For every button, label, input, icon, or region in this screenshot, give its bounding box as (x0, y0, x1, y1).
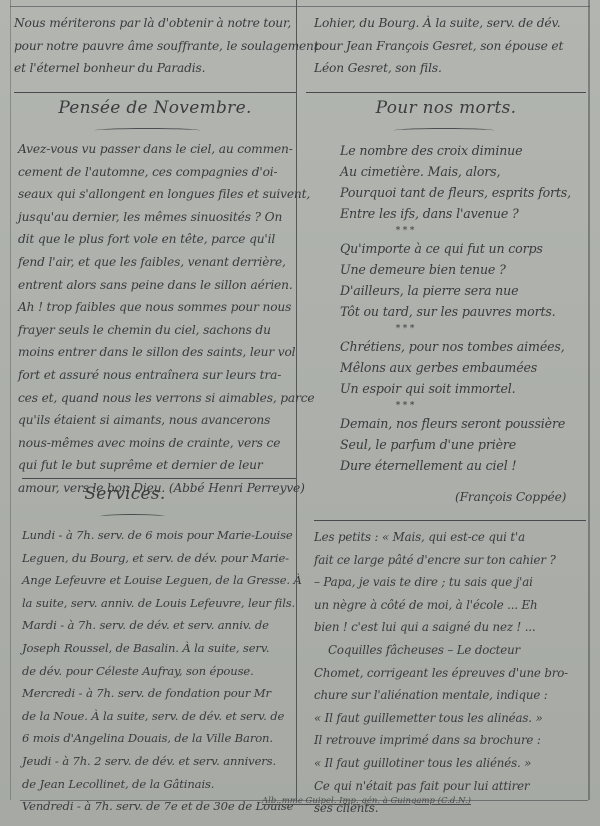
title-ornament (100, 514, 165, 519)
text-line: cement de l'automne, ces compagnies d'oi… (18, 161, 314, 184)
left-border (10, 0, 11, 800)
section-rule (306, 92, 586, 93)
service-line: de dév. pour Céleste Aufray, son épouse. (22, 660, 302, 683)
poem-line: Au cimetière. Mais, alors, (340, 161, 571, 182)
scanned-bulletin-page: Nous mériterons par là d'obtenir à notre… (0, 0, 600, 826)
service-line: Leguen, du Bourg, et serv. de dév. pour … (22, 547, 302, 570)
stanza-separator: * * * (340, 322, 470, 336)
text-line: Ah ! trop faibles que nous sommes pour n… (18, 296, 314, 319)
poem-line: Demain, nos fleurs seront poussière (340, 413, 571, 434)
poem-line: Chrétiens, pour nos tombes aimées, (340, 336, 571, 357)
text-line: fend l'air, et que les faibles, venant d… (18, 251, 314, 274)
services-list: Lundi - à 7h. serv. de 6 mois pour Marie… (22, 524, 302, 818)
service-line: la suite, serv. anniv. de Louis Lefeuvre… (22, 592, 302, 615)
service-line: Mercredi - à 7h. serv. de fondation pour… (22, 682, 302, 705)
pensee-text: Avez-vous vu passer dans le ciel, au com… (18, 138, 314, 500)
section-rule (314, 520, 586, 521)
stanza-separator: * * * (340, 224, 470, 238)
text-line: Léon Gesret, son fils. (314, 57, 563, 80)
top-right-continuation: Lohier, du Bourg. À la suite, serv. de d… (314, 12, 563, 80)
stanza-separator: * * * (340, 399, 470, 413)
service-line: Ange Lefeuvre et Louise Leguen, de la Gr… (22, 569, 302, 592)
text-line: Avez-vous vu passer dans le ciel, au com… (18, 138, 314, 161)
text-line: ces et, quand nous les verrons si aimabl… (18, 387, 314, 410)
anecdote-line: « Il faut guillotiner tous les aliénés. … (314, 752, 568, 775)
service-line: 6 mois d'Angelina Douais, de la Ville Ba… (22, 727, 302, 750)
service-line: de Jean Lecollinet, de la Gâtinais. (22, 773, 302, 796)
anecdote-line: Ce qui n'était pas fait pour lui attirer (314, 775, 568, 798)
poem-line: Un espoir qui soit immortel. (340, 378, 571, 399)
text-line: moins entrer dans le sillon des saints, … (18, 341, 314, 364)
pensee-title: Pensée de Novembre. (20, 98, 290, 118)
text-line: frayer seuls le chemin du ciel, sachons … (18, 319, 314, 342)
anecdote-line: – Papa, je vais te dire ; tu sais que j'… (314, 571, 556, 594)
service-line: Vendredi - à 7h. serv. de 7e et de 30e d… (22, 795, 302, 818)
title-ornament (394, 128, 494, 133)
section-rule (14, 92, 296, 93)
poem-line: Une demeure bien tenue ? (340, 259, 571, 280)
anecdote-line: « Il faut guillemetter tous les alinéas.… (314, 707, 568, 730)
poem-title: Pour nos morts. (306, 98, 586, 118)
printer-imprint: Alb. mme Guipel. Imp. gén. à Guingamp (C… (262, 796, 471, 806)
poem-line: Mêlons aux gerbes embaumées (340, 357, 571, 378)
anecdote-line: un nègre à côté de moi, à l'école ... Eh (314, 594, 556, 617)
text-line: dit que le plus fort vole en tête, parce… (18, 228, 314, 251)
poem-line: Entre les ifs, dans l'avenue ? (340, 203, 571, 224)
services-title: Services. (20, 484, 230, 504)
poem-line: Seul, le parfum d'une prière (340, 434, 571, 455)
service-line: Jeudi - à 7h. 2 serv. de dév. et serv. a… (22, 750, 302, 773)
anecdote-les-petits: Les petits : « Mais, qui est-ce qui t'a … (314, 526, 556, 639)
text-line: entrent alors sans peine dans le sillon … (18, 274, 314, 297)
service-line: de la Noue. À la suite, serv. de dév. et… (22, 705, 302, 728)
text-line: qui fut le but suprême et dernier de leu… (18, 454, 314, 477)
poem-line: D'ailleurs, la pierre sera nue (340, 280, 571, 301)
poem-line: Pourquoi tant de fleurs, esprits forts, (340, 182, 571, 203)
text-line: qu'ils étaient si aimants, nous avancero… (18, 409, 314, 432)
poem-line: Le nombre des croix diminue (340, 140, 571, 161)
service-line: Lundi - à 7h. serv. de 6 mois pour Marie… (22, 524, 302, 547)
anecdote-line: Les petits : « Mais, qui est-ce qui t'a (314, 526, 556, 549)
right-border (588, 0, 590, 800)
poem-line: Tôt ou tard, sur les pauvres morts. (340, 301, 571, 322)
anecdote-line: fait ce large pâté d'encre sur ton cahie… (314, 549, 556, 572)
text-line: Lohier, du Bourg. À la suite, serv. de d… (314, 12, 563, 35)
title-ornament (95, 128, 200, 133)
text-line: et l'éternel bonheur du Paradis. (14, 57, 319, 80)
top-left-continuation: Nous mériterons par là d'obtenir à notre… (14, 12, 319, 80)
anecdote-line: bien ! c'est lui qui a saigné du nez ! .… (314, 616, 556, 639)
text-line: seaux qui s'allongent en longues files e… (18, 183, 314, 206)
text-line: nous-mêmes avec moins de crainte, vers c… (18, 432, 314, 455)
text-line: pour Jean François Gesret, son épouse et (314, 35, 563, 58)
poem-text: Le nombre des croix diminue Au cimetière… (340, 140, 571, 476)
text-line: Nous mériterons par là d'obtenir à notre… (14, 12, 319, 35)
poem-line: Qu'importe à ce qui fut un corps (340, 238, 571, 259)
anecdote-line: chure sur l'aliénation mentale, indique … (314, 684, 568, 707)
text-line: jusqu'au dernier, les mêmes sinuosités ?… (18, 206, 314, 229)
text-line: fort et assuré nous entraînera sur leurs… (18, 364, 314, 387)
anecdote-line: Coquilles fâcheuses – Le docteur (314, 639, 568, 662)
service-line: Mardi - à 7h. serv. de dév. et serv. ann… (22, 614, 302, 637)
anecdote-coquilles: Coquilles fâcheuses – Le docteur Chomet,… (314, 639, 568, 820)
service-line: Joseph Roussel, de Basalin. À la suite, … (22, 637, 302, 660)
poem-line: Dure éternellement au ciel ! (340, 455, 571, 476)
poem-author: (François Coppée) (455, 486, 566, 509)
text-line: pour notre pauvre âme souffrante, le sou… (14, 35, 319, 58)
anecdote-line: Chomet, corrigeant les épreuves d'une br… (314, 662, 568, 685)
anecdote-line: Il retrouve imprimé dans sa brochure : (314, 729, 568, 752)
section-rule (22, 478, 296, 479)
